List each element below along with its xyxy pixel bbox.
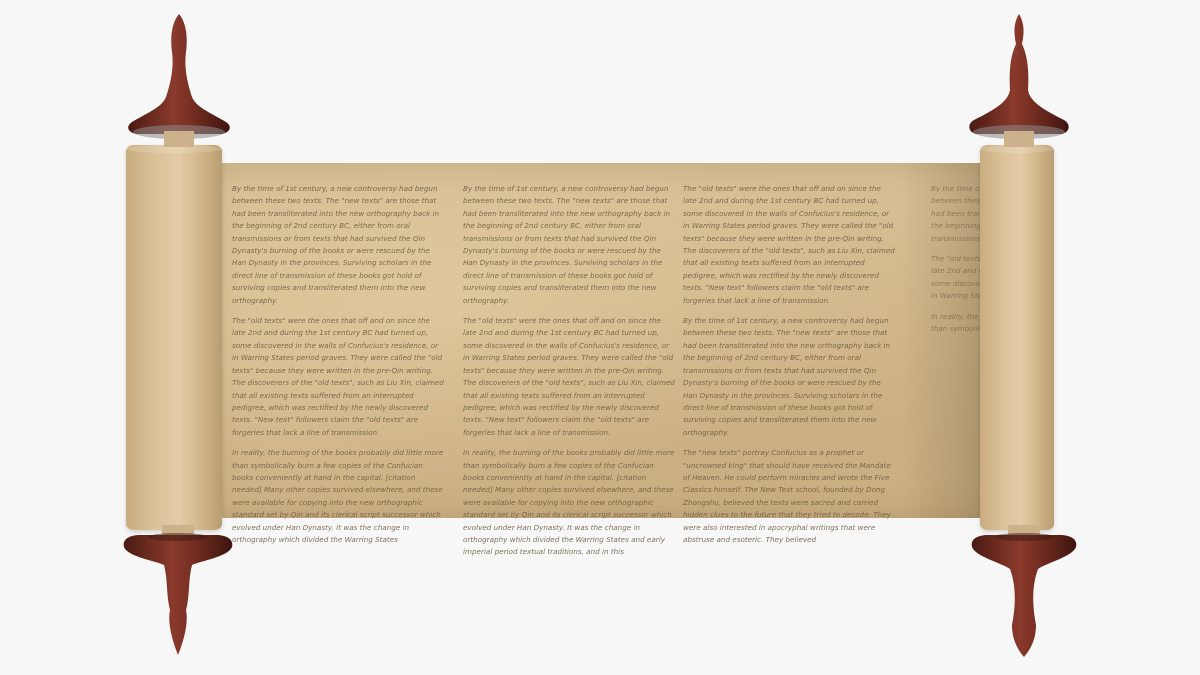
paragraph: The "old texts" were the ones that off a…	[683, 183, 895, 307]
paragraph: In reality, the burning of the books pro…	[463, 447, 675, 559]
paragraph: In reality, the burning of the books pro…	[232, 447, 444, 546]
top-right-handle-icon	[964, 12, 1074, 147]
bottom-right-handle-icon	[966, 525, 1082, 665]
paragraph: The "old texts" were the ones that off a…	[232, 315, 444, 439]
text-column-2: By the time of 1st century, a new contro…	[463, 183, 675, 567]
paragraph: By the time of 1st century, a new contro…	[232, 183, 444, 307]
text-column-1: By the time of 1st century, a new contro…	[232, 183, 444, 554]
paragraph: The "new texts" portray Confucius as a p…	[683, 447, 895, 546]
top-left-handle-icon	[124, 12, 234, 147]
bottom-left-handle-icon	[120, 525, 236, 665]
right-roller	[980, 145, 1054, 530]
scroll-parchment: By the time of 1st century, a new contro…	[210, 163, 990, 518]
left-roller	[126, 145, 222, 530]
roll-shadow	[900, 163, 990, 518]
text-column-3: The "old texts" were the ones that off a…	[683, 183, 895, 554]
paragraph: By the time of 1st century, a new contro…	[463, 183, 675, 307]
paragraph: By the time of 1st century, a new contro…	[683, 315, 895, 439]
paragraph: The "old texts" were the ones that off a…	[463, 315, 675, 439]
